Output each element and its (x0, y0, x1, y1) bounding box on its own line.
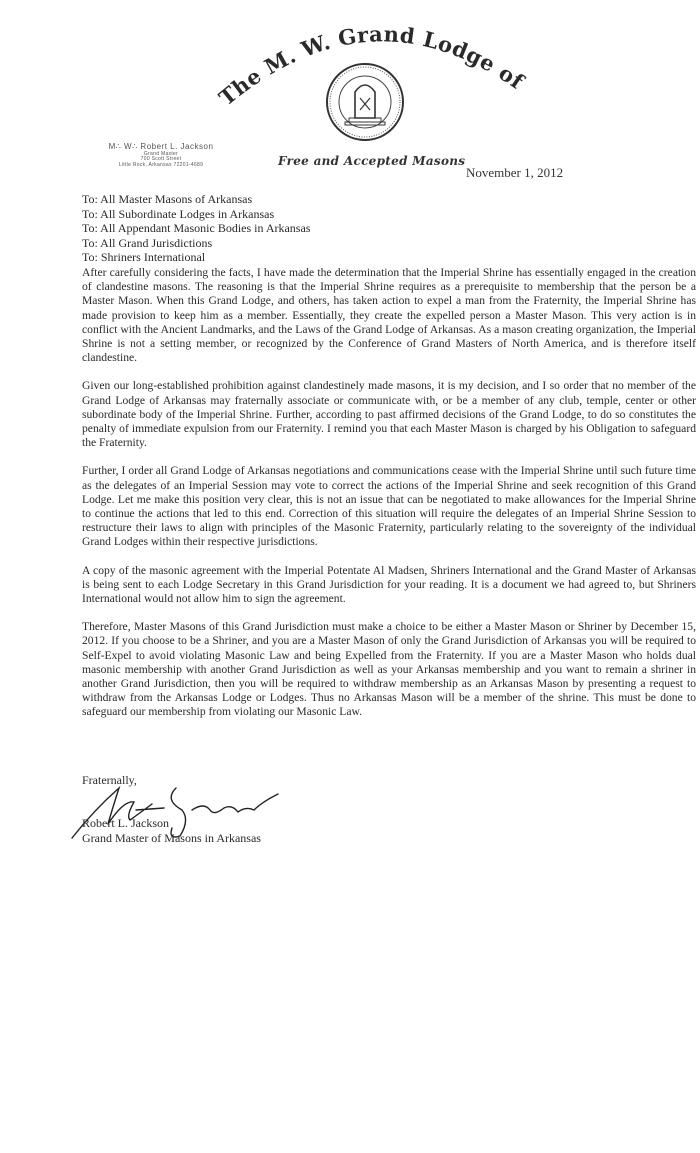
signer-block: Robert L. Jackson Grand Master of Masons… (82, 816, 261, 845)
letter-body: After carefully considering the facts, I… (82, 266, 696, 734)
sender-city: Little Rock, Arkansas 72201-4689 (86, 163, 236, 169)
letterhead-subtitle: Free and Accepted Masons (278, 154, 465, 168)
sender-block: M∴ W∴ Robert L. Jackson Grand Master 700… (86, 143, 236, 168)
recipient-line: To: Shriners International (82, 250, 310, 265)
letter-date: November 1, 2012 (466, 165, 563, 181)
body-paragraph: Given our long-established prohibition a… (82, 379, 696, 450)
letterhead: The M. W. Grand Lodge of Arkansas M∴ W∴ … (0, 0, 700, 190)
recipient-list: To: All Master Masons of Arkansas To: Al… (82, 192, 310, 265)
body-paragraph: After carefully considering the facts, I… (82, 266, 696, 365)
body-paragraph: A copy of the masonic agreement with the… (82, 564, 696, 607)
signer-title: Grand Master of Masons in Arkansas (82, 831, 261, 846)
recipient-line: To: All Appendant Masonic Bodies in Arka… (82, 221, 310, 236)
grand-lodge-seal-icon (325, 62, 405, 142)
recipient-line: To: All Grand Jurisdictions (82, 236, 310, 251)
body-paragraph: Therefore, Master Masons of this Grand J… (82, 620, 696, 719)
recipient-line: To: All Master Masons of Arkansas (82, 192, 310, 207)
body-paragraph: Further, I order all Grand Lodge of Arka… (82, 464, 696, 549)
recipient-line: To: All Subordinate Lodges in Arkansas (82, 207, 310, 222)
signer-name: Robert L. Jackson (82, 816, 261, 831)
